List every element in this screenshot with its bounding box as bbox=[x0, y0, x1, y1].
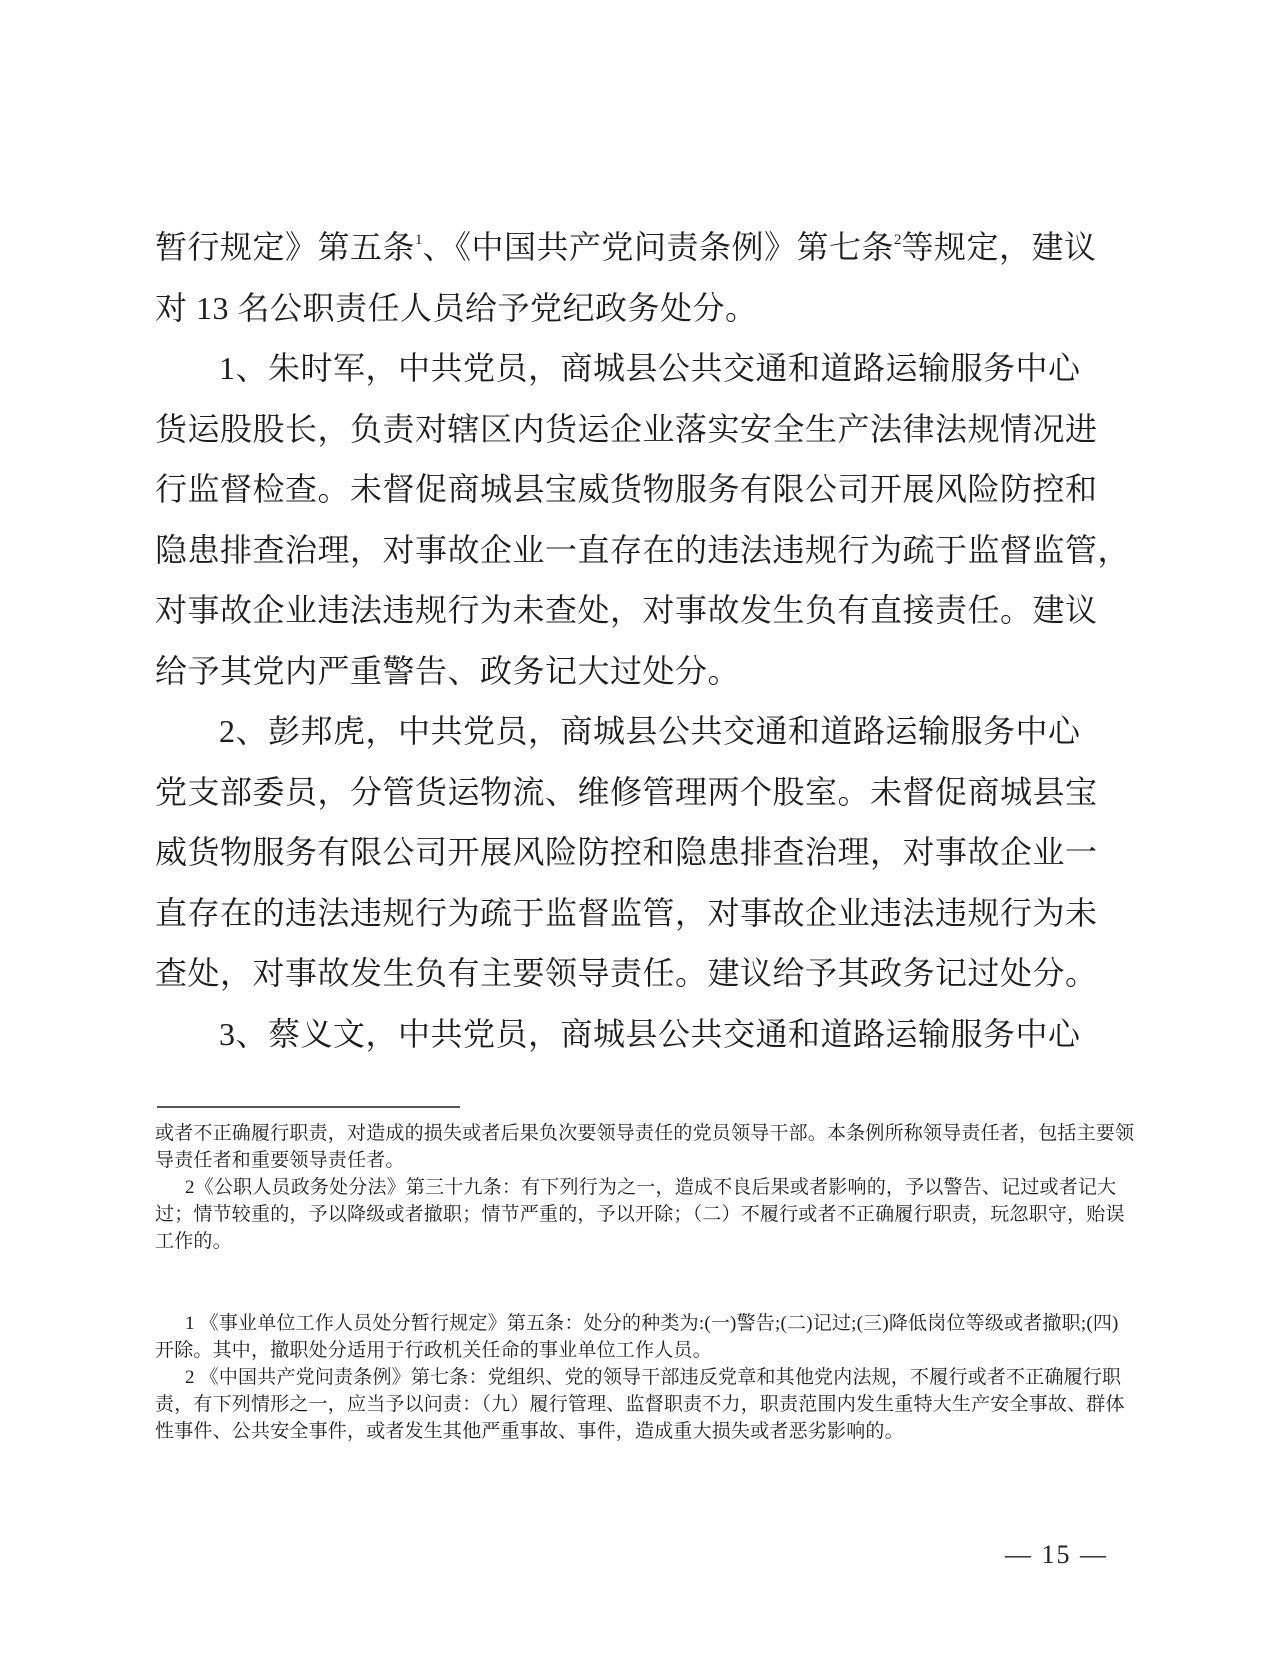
body-line: 对事故企业违法违规行为未查处，对事故发生负有直接责任。建议 bbox=[155, 580, 1095, 641]
footnote-line: 或者不正确履行职责，对造成的损失或者后果负次要领导责任的党员领导干部。本条例所称… bbox=[155, 1120, 1130, 1147]
footnote-line-start: 2 《中国共产党问责条例》第七条：党组织、党的领导干部违反党章和其他党内法规，不… bbox=[155, 1364, 1130, 1391]
body-line-segment: 、《中国共产党问责条例》第七条 bbox=[423, 229, 895, 265]
page-number: — 15 — bbox=[1005, 1540, 1108, 1570]
footnote-separator bbox=[157, 1106, 460, 1108]
footnote-line-start: 1 《事业单位工作人员处分暂行规定》第五条：处分的种类为:(一)警告;(二)记过… bbox=[155, 1310, 1130, 1337]
body-line: 隐患排查治理，对事故企业一直存在的违法违规行为疏于监督监管， bbox=[155, 520, 1095, 581]
body-line: 查处，对事故发生负有主要领导责任。建议给予其政务记过处分。 bbox=[155, 943, 1095, 1004]
body-line-paragraph-start: 1、朱时军，中共党员，商城县公共交通和道路运输服务中心 bbox=[155, 338, 1095, 399]
body-line: 直存在的违法违规行为疏于监督监管，对事故企业违法违规行为未 bbox=[155, 883, 1095, 944]
document-page: 暂行规定》第五条1、《中国共产党问责条例》第七条2等规定，建议 对 13 名公职… bbox=[0, 0, 1280, 1656]
footnote-line-start: 2《公职人员政务处分法》第三十九条：有下列行为之一，造成不良后果或者影响的，予以… bbox=[155, 1174, 1130, 1201]
body-line: 行监督检查。未督促商城县宝威货物服务有限公司开展风险防控和 bbox=[155, 459, 1095, 520]
footnote-line: 责，有下列情形之一，应当予以问责：（九）履行管理、监督职责不力，职责范围内发生重… bbox=[155, 1391, 1130, 1418]
body-line-segment: 暂行规定》第五条 bbox=[155, 229, 415, 265]
body-line: 货运股股长，负责对辖区内货运企业落实安全生产法律法规情况进 bbox=[155, 399, 1095, 460]
footnote-ref-2: 2 bbox=[894, 232, 902, 248]
body-line-paragraph-start: 2、彭邦虎，中共党员，商城县公共交通和道路运输服务中心 bbox=[155, 701, 1095, 762]
body-line: 给予其党内严重警告、政务记大过处分。 bbox=[155, 641, 1095, 702]
body-line: 威货物服务有限公司开展风险防控和隐患排查治理，对事故企业一 bbox=[155, 822, 1095, 883]
footnote-ref-1: 1 bbox=[415, 232, 423, 248]
body-line-paragraph-start: 3、蔡义文，中共党员，商城县公共交通和道路运输服务中心 bbox=[155, 1004, 1095, 1065]
footnote-block-1: 或者不正确履行职责，对造成的损失或者后果负次要领导责任的党员领导干部。本条例所称… bbox=[155, 1120, 1130, 1255]
body-line-segment: 等规定，建议 bbox=[902, 229, 1097, 265]
footnote-line: 开除。其中，撤职处分适用于行政机关任命的事业单位工作人员。 bbox=[155, 1337, 1130, 1364]
footnote-line: 导责任者和重要领导责任者。 bbox=[155, 1147, 1130, 1174]
footnote-block-2: 1 《事业单位工作人员处分暂行规定》第五条：处分的种类为:(一)警告;(二)记过… bbox=[155, 1310, 1130, 1445]
footnote-line: 过；情节较重的，予以降级或者撤职；情节严重的，予以开除；（二）不履行或者不正确履… bbox=[155, 1201, 1130, 1228]
footnote-line: 工作的。 bbox=[155, 1228, 1130, 1255]
body-line: 暂行规定》第五条1、《中国共产党问责条例》第七条2等规定，建议 bbox=[155, 217, 1095, 278]
body-text: 暂行规定》第五条1、《中国共产党问责条例》第七条2等规定，建议 对 13 名公职… bbox=[155, 217, 1095, 1064]
body-line: 对 13 名公职责任人员给予党纪政务处分。 bbox=[155, 278, 1095, 339]
body-line: 党支部委员，分管货运物流、维修管理两个股室。未督促商城县宝 bbox=[155, 762, 1095, 823]
footnote-line: 性事件、公共安全事件，或者发生其他严重事故、事件，造成重大损失或者恶劣影响的。 bbox=[155, 1418, 1130, 1445]
